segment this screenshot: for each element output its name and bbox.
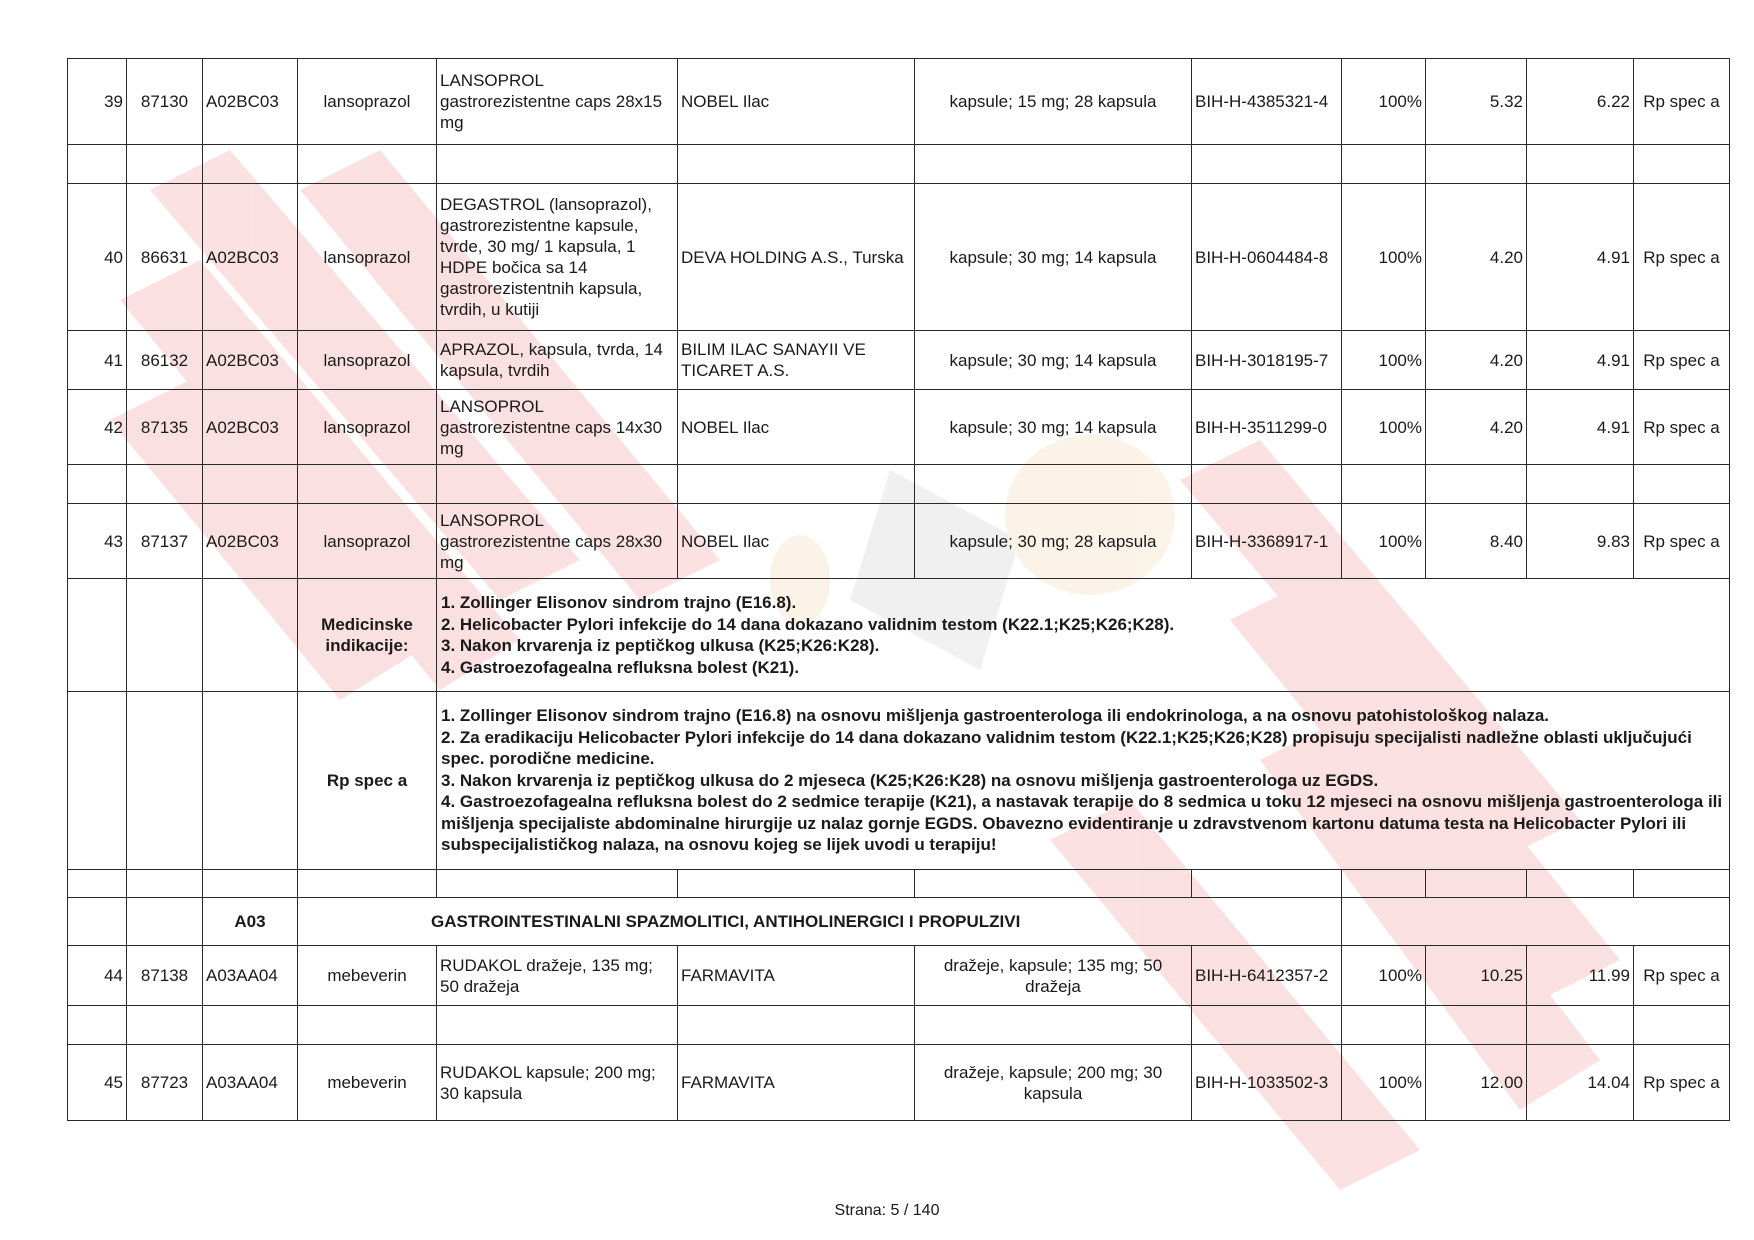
section-header-row: A03 GASTROINTESTINALNI SPAZMOLITICI, ANT… [68,898,1730,946]
prescription-regime: Rp spec a [1634,390,1730,465]
indication-line: 1. Zollinger Elisonov sindrom trajno (E1… [441,592,1725,614]
price-retail: 14.04 [1527,1045,1634,1121]
row-number: 44 [68,946,127,1006]
product-name: DEGASTROL (lansoprazol), gastrorezistent… [437,184,678,331]
drug-id: 87723 [127,1045,203,1121]
rp-spec-label: Rp spec a [298,692,437,870]
atc-code: A03AA04 [203,946,298,1006]
generic-name: mebeverin [298,1045,437,1121]
registration-number: BIH-H-6412357-2 [1192,946,1342,1006]
product-name: LANSOPROL gastrorezistentne caps 14x30 m… [437,390,678,465]
indication-line: 2. Helicobacter Pylori infekcije do 14 d… [441,614,1725,636]
indications-text: 1. Zollinger Elisonov sindrom trajno (E1… [437,579,1730,692]
generic-name: mebeverin [298,946,437,1006]
table-row: 41 86132 A02BC03 lansoprazol APRAZOL, ka… [68,331,1730,390]
generic-name: lansoprazol [298,331,437,390]
product-name: LANSOPROL gastrorezistentne caps 28x30 m… [437,504,678,579]
row-number: 43 [68,504,127,579]
table-row: 40 86631 A02BC03 lansoprazol DEGASTROL (… [68,184,1730,331]
dosage-form: kapsule; 15 mg; 28 kapsula [915,59,1192,145]
table-row: 44 87138 A03AA04 mebeverin RUDAKOL draže… [68,946,1730,1006]
row-number: 42 [68,390,127,465]
coverage-percent: 100% [1342,504,1426,579]
price-retail: 4.91 [1527,331,1634,390]
prescription-regime: Rp spec a [1634,1045,1730,1121]
price-reference: 8.40 [1426,504,1527,579]
drug-id: 86132 [127,331,203,390]
price-reference: 5.32 [1426,59,1527,145]
dosage-form: kapsule; 30 mg; 14 kapsula [915,390,1192,465]
atc-code: A03AA04 [203,1045,298,1121]
price-reference: 4.20 [1426,184,1527,331]
atc-code: A02BC03 [203,184,298,331]
row-number: 41 [68,331,127,390]
atc-code: A02BC03 [203,331,298,390]
manufacturer: NOBEL Ilac [678,390,915,465]
price-retail: 4.91 [1527,184,1634,331]
dosage-form: dražeje, kapsule; 200 mg; 30 kapsula [915,1045,1192,1121]
atc-code: A02BC03 [203,59,298,145]
coverage-percent: 100% [1342,1045,1426,1121]
rp-spec-line: 3. Nakon krvarenja iz peptičkog ulkusa d… [441,770,1725,792]
price-reference: 4.20 [1426,331,1527,390]
rp-spec-line: 1. Zollinger Elisonov sindrom trajno (E1… [441,705,1725,727]
dosage-form: kapsule; 30 mg; 14 kapsula [915,184,1192,331]
prescription-regime: Rp spec a [1634,504,1730,579]
dosage-form: kapsule; 30 mg; 14 kapsula [915,331,1192,390]
dosage-form: dražeje, kapsule; 135 mg; 50 dražeja [915,946,1192,1006]
registration-number: BIH-H-3511299-0 [1192,390,1342,465]
spacer-row [68,1006,1730,1045]
rp-spec-line: 2. Za eradikaciju Helicobacter Pylori in… [441,727,1725,770]
indication-line: 4. Gastroezofagealna refluksna bolest (K… [441,657,1725,679]
drug-register-table: 39 87130 A02BC03 lansoprazol LANSOPROL g… [67,58,1730,1121]
registration-number: BIH-H-1033502-3 [1192,1045,1342,1121]
table-row: 42 87135 A02BC03 lansoprazol LANSOPROL g… [68,390,1730,465]
coverage-percent: 100% [1342,59,1426,145]
page-number: Strana: 5 / 140 [0,1202,1754,1220]
spacer-row [68,145,1730,184]
rp-spec-row: Rp spec a 1. Zollinger Elisonov sindrom … [68,692,1730,870]
table-row: 43 87137 A02BC03 lansoprazol LANSOPROL g… [68,504,1730,579]
registration-number: BIH-H-3018195-7 [1192,331,1342,390]
row-number: 40 [68,184,127,331]
section-code: A03 [203,898,298,946]
registration-number: BIH-H-0604484-8 [1192,184,1342,331]
row-number: 45 [68,1045,127,1121]
product-name: RUDAKOL kapsule; 200 mg; 30 kapsula [437,1045,678,1121]
indication-line: 3. Nakon krvarenja iz peptičkog ulkusa (… [441,635,1725,657]
drug-id: 87138 [127,946,203,1006]
indications-label: Medicinske indikacije: [298,579,437,692]
price-reference: 12.00 [1426,1045,1527,1121]
table-row: 45 87723 A03AA04 mebeverin RUDAKOL kapsu… [68,1045,1730,1121]
registration-number: BIH-H-4385321-4 [1192,59,1342,145]
coverage-percent: 100% [1342,331,1426,390]
atc-code: A02BC03 [203,390,298,465]
product-name: APRAZOL, kapsula, tvrda, 14 kapsula, tvr… [437,331,678,390]
prescription-regime: Rp spec a [1634,946,1730,1006]
price-retail: 9.83 [1527,504,1634,579]
price-retail: 11.99 [1527,946,1634,1006]
rp-spec-text: 1. Zollinger Elisonov sindrom trajno (E1… [437,692,1730,870]
spacer-row [68,870,1730,898]
drug-id: 87137 [127,504,203,579]
indications-row: Medicinske indikacije: 1. Zollinger Elis… [68,579,1730,692]
generic-name: lansoprazol [298,504,437,579]
generic-name: lansoprazol [298,390,437,465]
drug-id: 86631 [127,184,203,331]
drug-id: 87135 [127,390,203,465]
atc-code: A02BC03 [203,504,298,579]
price-reference: 10.25 [1426,946,1527,1006]
price-reference: 4.20 [1426,390,1527,465]
price-retail: 6.22 [1527,59,1634,145]
manufacturer: NOBEL Ilac [678,504,915,579]
row-number: 39 [68,59,127,145]
manufacturer: DEVA HOLDING A.S., Turska [678,184,915,331]
drug-id: 87130 [127,59,203,145]
coverage-percent: 100% [1342,184,1426,331]
spacer-row [68,465,1730,504]
manufacturer: NOBEL Ilac [678,59,915,145]
product-name: RUDAKOL dražeje, 135 mg; 50 dražeja [437,946,678,1006]
prescription-regime: Rp spec a [1634,59,1730,145]
manufacturer: BILIM ILAC SANAYII VE TICARET A.S. [678,331,915,390]
product-name: LANSOPROL gastrorezistentne caps 28x15 m… [437,59,678,145]
registration-number: BIH-H-3368917-1 [1192,504,1342,579]
manufacturer: FARMAVITA [678,1045,915,1121]
price-retail: 4.91 [1527,390,1634,465]
coverage-percent: 100% [1342,946,1426,1006]
coverage-percent: 100% [1342,390,1426,465]
dosage-form: kapsule; 30 mg; 28 kapsula [915,504,1192,579]
prescription-regime: Rp spec a [1634,331,1730,390]
generic-name: lansoprazol [298,59,437,145]
table-row: 39 87130 A02BC03 lansoprazol LANSOPROL g… [68,59,1730,145]
section-title: GASTROINTESTINALNI SPAZMOLITICI, ANTIHOL… [298,898,1342,946]
generic-name: lansoprazol [298,184,437,331]
rp-spec-line: 4. Gastroezofagealna refluksna bolest do… [441,791,1725,856]
prescription-regime: Rp spec a [1634,184,1730,331]
manufacturer: FARMAVITA [678,946,915,1006]
